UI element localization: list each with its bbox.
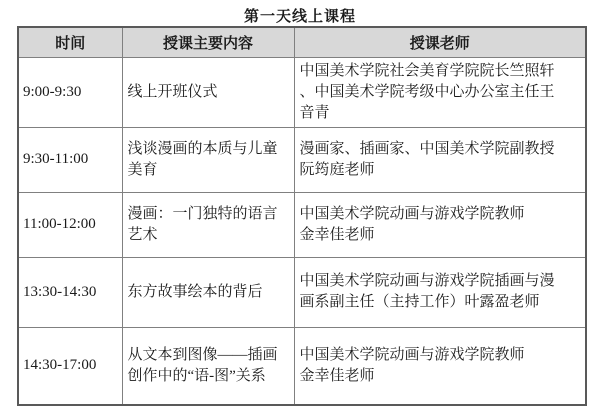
- table-row: 11:00-12:00漫画：一门独特的语言 艺术中国美术学院动画与游戏学院教师 …: [18, 192, 586, 257]
- table-row: 13:30-14:30东方故事绘本的背后中国美术学院动画与游戏学院插画与漫 画系…: [18, 257, 586, 327]
- header-cell-teacher: 授课老师: [294, 27, 586, 57]
- table-row: 9:30-11:00浅谈漫画的本质与儿童 美育漫画家、插画家、中国美术学院副教授…: [18, 127, 586, 192]
- content-cell: 浅谈漫画的本质与儿童 美育: [122, 127, 294, 192]
- schedule-table-body: 9:00-9:30线上开班仪式中国美术学院社会美育学院院长竺照轩 、中国美术学院…: [18, 57, 586, 405]
- table-row: 14:30-17:00从文本到图像——插画 创作中的“语-图”关系中国美术学院动…: [18, 327, 586, 405]
- time-cell: 9:00-9:30: [18, 57, 122, 127]
- time-cell: 13:30-14:30: [18, 257, 122, 327]
- teacher-cell: 中国美术学院社会美育学院院长竺照轩 、中国美术学院考级中心办公室主任王 音青: [294, 57, 586, 127]
- content-cell: 线上开班仪式: [122, 57, 294, 127]
- header-row: 时间 授课主要内容 授课老师: [18, 27, 586, 57]
- time-cell: 9:30-11:00: [18, 127, 122, 192]
- header-cell-time: 时间: [18, 27, 122, 57]
- header-cell-content: 授课主要内容: [122, 27, 294, 57]
- time-cell: 14:30-17:00: [18, 327, 122, 405]
- teacher-cell: 中国美术学院动画与游戏学院教师 金幸佳老师: [294, 192, 586, 257]
- content-cell: 从文本到图像——插画 创作中的“语-图”关系: [122, 327, 294, 405]
- teacher-cell: 漫画家、插画家、中国美术学院副教授 阮筠庭老师: [294, 127, 586, 192]
- teacher-cell: 中国美术学院动画与游戏学院教师 金幸佳老师: [294, 327, 586, 405]
- time-cell: 11:00-12:00: [18, 192, 122, 257]
- content-cell: 漫画：一门独特的语言 艺术: [122, 192, 294, 257]
- table-row: 9:00-9:30线上开班仪式中国美术学院社会美育学院院长竺照轩 、中国美术学院…: [18, 57, 586, 127]
- teacher-cell: 中国美术学院动画与游戏学院插画与漫 画系副主任（主持工作）叶露盈老师: [294, 257, 586, 327]
- page-title: 第一天线上课程: [0, 0, 600, 26]
- content-cell: 东方故事绘本的背后: [122, 257, 294, 327]
- schedule-table: 时间 授课主要内容 授课老师 9:00-9:30线上开班仪式中国美术学院社会美育…: [17, 26, 587, 406]
